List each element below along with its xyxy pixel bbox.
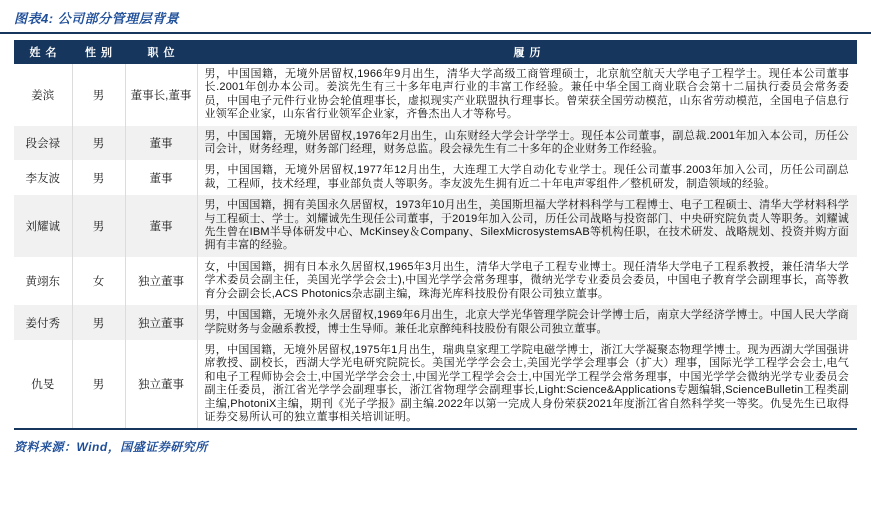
column-header-position: 职位 xyxy=(125,40,197,64)
table-row: 姜付秀 男 独立董事 男，中国国籍，无境外永久居留权,1969年6月出生，北京大… xyxy=(14,305,857,340)
title-divider-rule xyxy=(0,32,871,34)
cell-resume: 男，中国国籍，无境外永久居留权,1969年6月出生，北京大学光华管理学院会计学博… xyxy=(197,305,857,340)
cell-position: 董事 xyxy=(125,195,197,257)
cell-resume: 女，中国国籍，拥有日本永久居留权,1965年3月出生，清华大学电子工程专业博士。… xyxy=(197,257,857,305)
table-header-row: 姓名 性别 职位 履历 xyxy=(14,40,857,64)
table-row: 刘耀诚 男 董事 男，中国国籍，拥有美国永久居留权，1973年10月出生，美国斯… xyxy=(14,195,857,257)
table-row: 黄翊东 女 独立董事 女，中国国籍，拥有日本永久居留权,1965年3月出生，清华… xyxy=(14,257,857,305)
cell-position: 独立董事 xyxy=(125,305,197,340)
management-table: 姓名 性别 职位 履历 姜滨 男 董事长,董事 男，中国国籍，无境外居留权,19… xyxy=(14,40,857,430)
cell-gender: 男 xyxy=(72,340,125,429)
cell-gender: 男 xyxy=(72,126,125,161)
table-row: 仇旻 男 独立董事 男，中国国籍，无境外居留权,1975年1月出生，瑞典皇家理工… xyxy=(14,340,857,429)
column-header-resume: 履历 xyxy=(197,40,857,64)
cell-position: 董事长,董事 xyxy=(125,64,197,126)
cell-name: 黄翊东 xyxy=(14,257,72,305)
column-header-gender: 性别 xyxy=(72,40,125,64)
cell-name: 姜付秀 xyxy=(14,305,72,340)
cell-gender: 男 xyxy=(72,195,125,257)
cell-resume: 男，中国国籍，无境外居留权,1976年2月出生，山东财经大学会计学学士。现任本公… xyxy=(197,126,857,161)
cell-position: 董事 xyxy=(125,126,197,161)
cell-resume: 男，中国国籍，无境外居留权,1977年12月出生，大连理工大学自动化专业学士。现… xyxy=(197,160,857,195)
cell-name: 仇旻 xyxy=(14,340,72,429)
cell-resume: 男，中国国籍，无境外居留权,1975年1月出生，瑞典皇家理工学院电磁学博士，浙江… xyxy=(197,340,857,429)
table-row: 段会禄 男 董事 男，中国国籍，无境外居留权,1976年2月出生，山东财经大学会… xyxy=(14,126,857,161)
report-figure-page: 图表4: 公司部分管理层背景 姓名 性别 职位 履历 姜滨 男 董事长,董事 男… xyxy=(0,0,871,507)
cell-name: 姜滨 xyxy=(14,64,72,126)
figure-title: 图表4: 公司部分管理层背景 xyxy=(0,0,871,32)
cell-position: 独立董事 xyxy=(125,257,197,305)
cell-name: 李友波 xyxy=(14,160,72,195)
cell-name: 段会禄 xyxy=(14,126,72,161)
cell-gender: 男 xyxy=(72,305,125,340)
cell-position: 董事 xyxy=(125,160,197,195)
cell-position: 独立董事 xyxy=(125,340,197,429)
cell-name: 刘耀诚 xyxy=(14,195,72,257)
cell-gender: 男 xyxy=(72,64,125,126)
table-row: 李友波 男 董事 男，中国国籍，无境外居留权,1977年12月出生，大连理工大学… xyxy=(14,160,857,195)
cell-gender: 女 xyxy=(72,257,125,305)
cell-gender: 男 xyxy=(72,160,125,195)
column-header-name: 姓名 xyxy=(14,40,72,64)
source-note: 资料来源：Wind，国盛证券研究所 xyxy=(14,438,871,455)
cell-resume: 男，中国国籍，无境外居留权,1966年9月出生，清华大学高级工商管理硕士，北京航… xyxy=(197,64,857,126)
cell-resume: 男，中国国籍，拥有美国永久居留权，1973年10月出生，美国斯坦福大学材料科学与… xyxy=(197,195,857,257)
table-row: 姜滨 男 董事长,董事 男，中国国籍，无境外居留权,1966年9月出生，清华大学… xyxy=(14,64,857,126)
